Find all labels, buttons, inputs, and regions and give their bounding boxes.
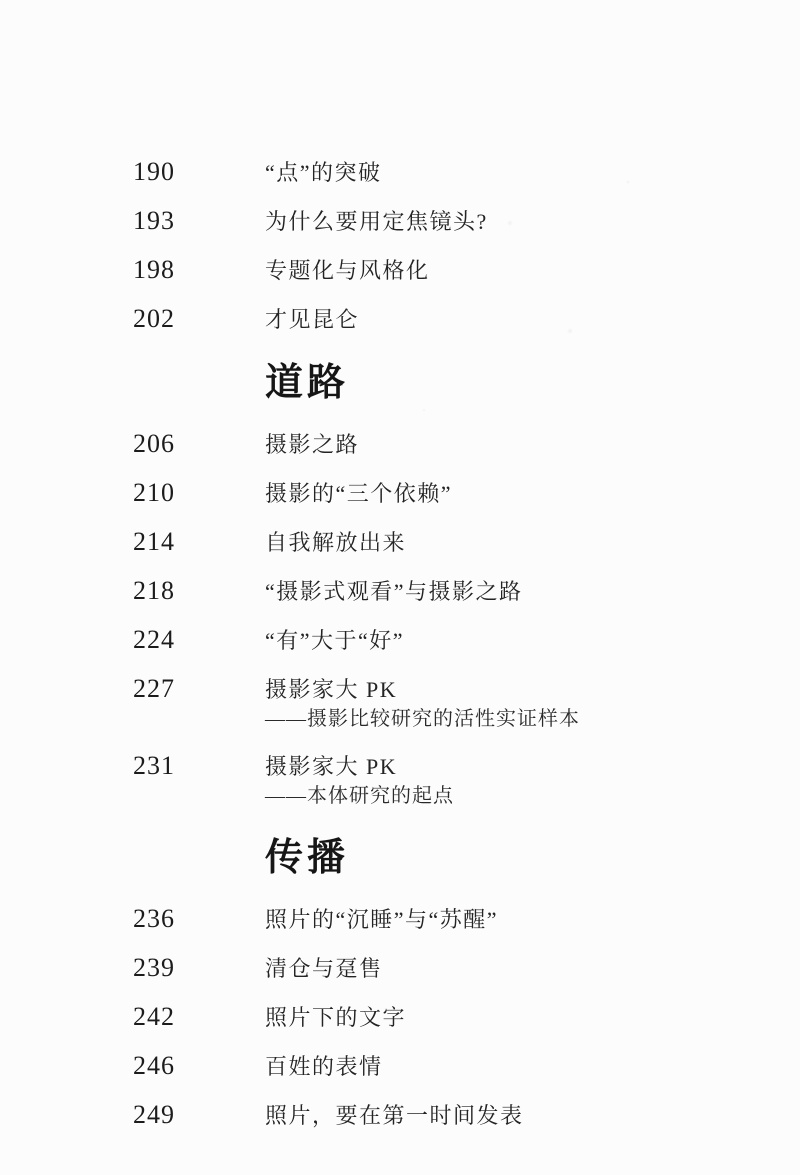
entry-title: 专题化与风格化 — [265, 259, 763, 283]
entry-text: 摄影家大 PK——本体研究的起点 — [265, 755, 763, 807]
toc-entry: 218“摄影式观看”与摄影之路 — [133, 579, 763, 604]
toc-entry: 242照片下的文字 — [133, 1005, 763, 1030]
entry-page-number: 190 — [133, 160, 265, 184]
entry-text: 清仓与趸售 — [265, 957, 763, 981]
entry-text: 专题化与风格化 — [265, 259, 763, 283]
entry-page-number: 202 — [133, 307, 265, 331]
entry-page-number: 224 — [133, 628, 265, 652]
toc-entry: 249照片，要在第一时间发表 — [133, 1103, 763, 1128]
toc-entry: 190“点”的突破 — [133, 160, 763, 185]
entry-text: 照片，要在第一时间发表 — [265, 1104, 763, 1128]
entry-title: 照片下的文字 — [265, 1006, 763, 1030]
entry-title: 摄影家大 PK — [265, 755, 763, 779]
entry-title: 摄影之路 — [265, 433, 763, 457]
scanned-page: 190“点”的突破193为什么要用定焦镜头?198专题化与风格化202才见昆仑道… — [0, 0, 800, 1175]
entry-title: 清仓与趸售 — [265, 957, 763, 981]
entry-title: 照片，要在第一时间发表 — [265, 1104, 763, 1128]
entry-title: 照片的“沉睡”与“苏醒” — [265, 908, 763, 932]
toc-entry: 227摄影家大 PK——摄影比较研究的活性实证样本 — [133, 677, 763, 730]
entry-title: 摄影家大 PK — [265, 678, 763, 702]
section-heading: 传播 — [265, 835, 763, 881]
entry-subtitle: ——摄影比较研究的活性实证样本 — [265, 708, 763, 730]
entry-page-number: 236 — [133, 907, 265, 931]
entry-page-number: 206 — [133, 432, 265, 456]
entry-page-number: 231 — [133, 754, 265, 778]
entry-page-number: 210 — [133, 481, 265, 505]
toc-entry: 236照片的“沉睡”与“苏醒” — [133, 907, 763, 932]
toc-entry: 193为什么要用定焦镜头? — [133, 209, 763, 234]
entry-text: 摄影之路 — [265, 433, 763, 457]
table-of-contents: 190“点”的突破193为什么要用定焦镜头?198专题化与风格化202才见昆仑道… — [133, 160, 763, 1152]
entry-text: 为什么要用定焦镜头? — [265, 210, 763, 234]
entry-title: “有”大于“好” — [265, 629, 763, 653]
entry-text: 照片下的文字 — [265, 1006, 763, 1030]
entry-page-number: 198 — [133, 258, 265, 282]
toc-entry: 206摄影之路 — [133, 432, 763, 457]
entry-page-number: 227 — [133, 677, 265, 701]
toc-entry: 210摄影的“三个依赖” — [133, 481, 763, 506]
toc-entry: 202才见昆仑 — [133, 307, 763, 332]
entry-text: 才见昆仑 — [265, 308, 763, 332]
entry-title: “摄影式观看”与摄影之路 — [265, 580, 763, 604]
entry-text: 自我解放出来 — [265, 531, 763, 555]
entry-title: 百姓的表情 — [265, 1055, 763, 1079]
entry-text: “有”大于“好” — [265, 629, 763, 653]
entry-title: “点”的突破 — [265, 161, 763, 185]
toc-entry: 231摄影家大 PK——本体研究的起点 — [133, 754, 763, 807]
entry-title: 摄影的“三个依赖” — [265, 482, 763, 506]
entry-page-number: 246 — [133, 1054, 265, 1078]
toc-entry: 246百姓的表情 — [133, 1054, 763, 1079]
entry-text: 百姓的表情 — [265, 1055, 763, 1079]
entry-text: 摄影的“三个依赖” — [265, 482, 763, 506]
entry-text: 照片的“沉睡”与“苏醒” — [265, 908, 763, 932]
section-heading: 道路 — [265, 360, 763, 406]
entry-text: “点”的突破 — [265, 161, 763, 185]
entry-subtitle: ——本体研究的起点 — [265, 785, 763, 807]
toc-entry: 239清仓与趸售 — [133, 956, 763, 981]
toc-entry: 198专题化与风格化 — [133, 258, 763, 283]
toc-entry: 224“有”大于“好” — [133, 628, 763, 653]
entry-text: 摄影家大 PK——摄影比较研究的活性实证样本 — [265, 678, 763, 730]
entry-title: 自我解放出来 — [265, 531, 763, 555]
entry-page-number: 239 — [133, 956, 265, 980]
entry-text: “摄影式观看”与摄影之路 — [265, 580, 763, 604]
entry-title: 才见昆仑 — [265, 308, 763, 332]
entry-page-number: 214 — [133, 530, 265, 554]
entry-page-number: 218 — [133, 579, 265, 603]
entry-page-number: 242 — [133, 1005, 265, 1029]
entry-page-number: 249 — [133, 1103, 265, 1127]
entry-title: 为什么要用定焦镜头? — [265, 210, 763, 234]
entry-page-number: 193 — [133, 209, 265, 233]
toc-entry: 214自我解放出来 — [133, 530, 763, 555]
